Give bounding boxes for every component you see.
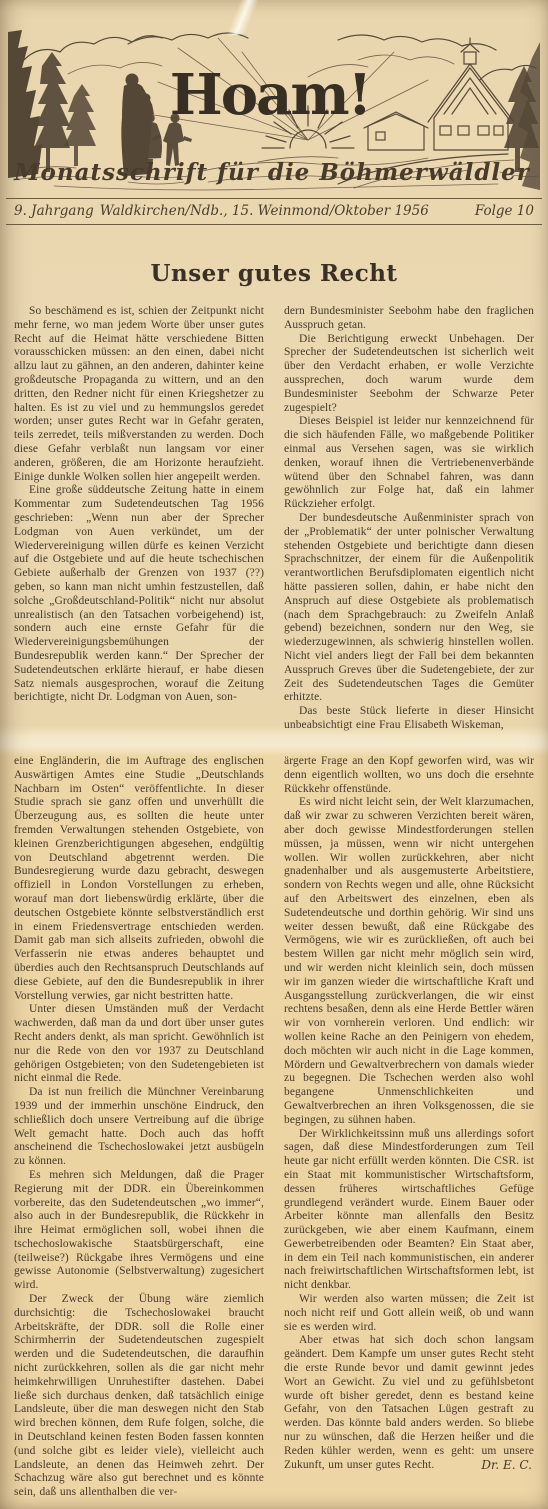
paragraph: Eine große süddeutsche Zeitung hatte in … — [14, 484, 264, 705]
paragraph: Aber etwas hat sich doch schon langsam g… — [284, 1334, 534, 1472]
issue-bar: 9. Jahrgang Waldkirchen/Ndb., 15. Weinmo… — [6, 198, 542, 225]
paragraph: ärgerte Frage an den Kopf geworfen wird,… — [284, 755, 534, 796]
paragraph: Da ist nun freilich die Münchner Vereinb… — [14, 1086, 264, 1169]
article-title: Unser gutes Recht — [0, 259, 548, 289]
magazine-page: Hoam! Monatsschrift für die Böhmerwäldle… — [0, 0, 548, 1509]
paragraph: dern Bundesminister Seebohm habe den fra… — [284, 305, 534, 333]
paragraph: eine Engländerin, die im Auftrage des en… — [14, 755, 264, 1003]
paragraph: Der bundesdeutsche Außenminister sprach … — [284, 512, 534, 705]
paragraph: Wir werden also warten müssen; die Zeit … — [284, 1293, 534, 1334]
issue-place-date: Waldkirchen/Ndb., 15. Weinmond/Oktober 1… — [54, 203, 475, 219]
paragraph: Es wird nicht leicht sein, der Welt klar… — [284, 796, 534, 1127]
scan-seam — [0, 737, 548, 755]
paragraph: Die Berichtigung erweckt Unbehagen. Der … — [284, 333, 534, 416]
article-section-lower: eine Engländerin, die im Auftrage des en… — [0, 755, 548, 1503]
masthead-subtitle: Monatsschrift für die Böhmerwäldler — [13, 159, 531, 186]
column-upper-right: dern Bundesminister Seebohm habe den fra… — [284, 305, 534, 737]
paragraph: Der Wirklichkeitssinn muß uns allerdings… — [284, 1128, 534, 1294]
paragraph: Dieses Beispiel ist leider nur kennzeich… — [284, 415, 534, 512]
paragraph: Der Zweck der Übung wäre ziemlich durchs… — [14, 1293, 264, 1500]
column-lower-left: eine Engländerin, die im Auftrage des en… — [14, 755, 264, 1503]
masthead-title: Hoam! — [170, 62, 370, 128]
masthead-illustration: Hoam! Monatsschrift für die Böhmerwäldle… — [8, 22, 540, 194]
paragraph: Es mehren sich Meldungen, daß die Prager… — [14, 1169, 264, 1293]
paragraph: Das beste Stück lieferte in dieser Hinsi… — [284, 705, 534, 733]
paragraph: So beschämend es ist, schien der Zeitpun… — [14, 305, 264, 484]
paragraph: Unter diesen Umständen muß der Verdacht … — [14, 1003, 264, 1086]
article-section-upper: So beschämend es ist, schien der Zeitpun… — [0, 305, 548, 737]
masthead: Hoam! Monatsschrift für die Böhmerwäldle… — [8, 22, 540, 194]
column-lower-right: ärgerte Frage an den Kopf geworfen wird,… — [284, 755, 534, 1503]
issue-number: Folge 10 — [475, 203, 534, 219]
column-upper-left: So beschämend es ist, schien der Zeitpun… — [14, 305, 264, 737]
